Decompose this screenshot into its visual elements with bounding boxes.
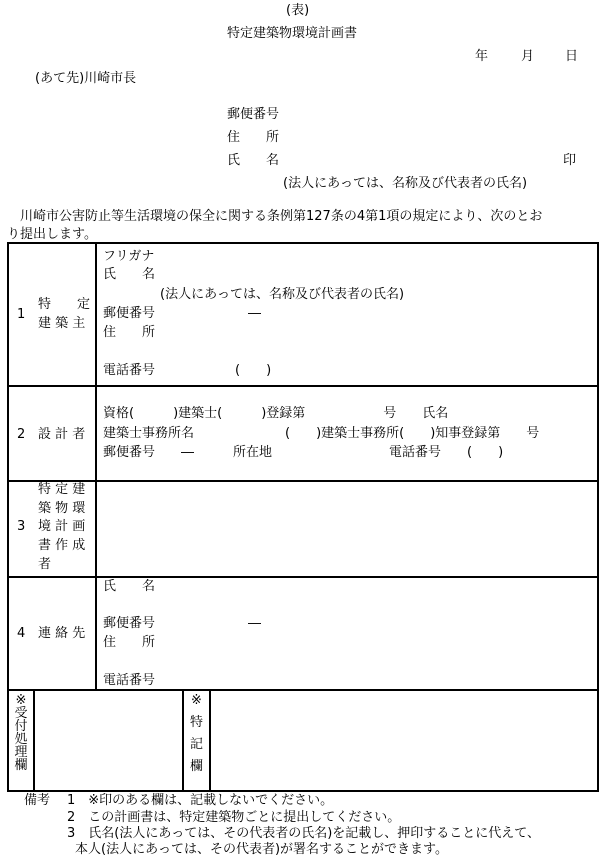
row-2-label: 設 計 者 xyxy=(38,428,85,441)
contact-phone-label: 電話番号 xyxy=(103,674,155,687)
designer-line-3: 郵便番号 ― 所在地 電話番号 ( ) xyxy=(103,446,503,459)
applicant-name-label: 氏 名 xyxy=(227,154,279,167)
row-3-label-line-3: 境 計 画 xyxy=(38,520,85,533)
date-day: 日 xyxy=(565,50,578,63)
applicant-postal-label: 郵便番号 xyxy=(227,108,279,121)
remark-item-3-continuation: 本人(法人にあっては、その代表者)が署名することができます。 xyxy=(75,843,448,856)
owner-postal-label: 郵便番号 xyxy=(103,307,155,320)
row-3-label-line-4: 書 作 成 xyxy=(38,539,85,552)
remark-item-1: 1 ※印のある欄は、記載しないでください。 xyxy=(67,794,333,807)
plan-author-input-area[interactable] xyxy=(97,482,597,576)
owner-furigana-label: フリガナ xyxy=(103,250,154,263)
contact-address-label: 住 所 xyxy=(103,636,155,649)
remark-item-2: 2 この計画書は、特定建築物ごとに提出してください。 xyxy=(67,811,400,824)
owner-name-label: 氏 名 xyxy=(103,268,155,281)
reception-field-area xyxy=(35,691,182,790)
row-2-number: 2 xyxy=(17,428,25,441)
owner-postal-dash: ― xyxy=(248,307,261,320)
owner-phone-paren: ( ) xyxy=(235,364,271,377)
document-title: 特定建築物環境計画書 xyxy=(227,27,357,40)
row-3-label-line-1: 特 定 建 xyxy=(38,483,85,496)
designer-line-1: 資格( )建築士( )登録第 号 氏名 xyxy=(103,407,448,420)
applicant-corp-note: (法人にあっては、名称及び代表者の氏名) xyxy=(283,177,527,190)
row-1-label-line-1: 特 定 xyxy=(38,298,90,311)
contact-postal-dash: ― xyxy=(248,617,261,630)
applicant-address-label: 住 所 xyxy=(227,131,279,144)
row-4-label: 連 絡 先 xyxy=(38,627,85,640)
owner-corp-note: (法人にあっては、名称及び代表者の氏名) xyxy=(160,288,404,301)
special-notes-label: ※ 特 記 欄 xyxy=(184,694,209,773)
owner-address-label: 住 所 xyxy=(103,326,155,339)
remark-item-3: 3 氏名(法人にあっては、その代表者の氏名)を記載し、押印することに代えて、 xyxy=(67,827,540,840)
row-3-label-line-2: 築 物 環 xyxy=(38,502,85,515)
intro-line-1: 川崎市公害防止等生活環境の保全に関する条例第127条の4第1項の規定により、次の… xyxy=(7,210,542,223)
row-1-label-line-2: 建 築 主 xyxy=(38,317,85,330)
owner-phone-label: 電話番号 xyxy=(103,364,155,377)
special-notes-area xyxy=(211,691,597,790)
row-4-number: 4 xyxy=(17,627,25,640)
row-3-number: 3 xyxy=(17,520,25,533)
contact-name-label: 氏 名 xyxy=(103,580,155,593)
date-year: 年 xyxy=(475,50,488,63)
reception-field-label: ※ 受 付 処 理 欄 xyxy=(9,694,33,772)
addressee: (あて先)川崎市長 xyxy=(35,72,136,85)
row-1-number: 1 xyxy=(17,308,25,321)
contact-postal-label: 郵便番号 xyxy=(103,617,155,630)
front-mark: (表) xyxy=(286,4,309,17)
intro-line-2: り提出します。 xyxy=(7,228,97,241)
seal-mark: 印 xyxy=(563,154,576,167)
remarks-label: 備考 xyxy=(24,794,50,807)
row-3-label-line-5: 者 xyxy=(38,558,51,571)
designer-line-2: 建築士事務所名 ( )建築士事務所( )知事登録第 号 xyxy=(103,427,539,440)
date-month: 月 xyxy=(521,50,534,63)
